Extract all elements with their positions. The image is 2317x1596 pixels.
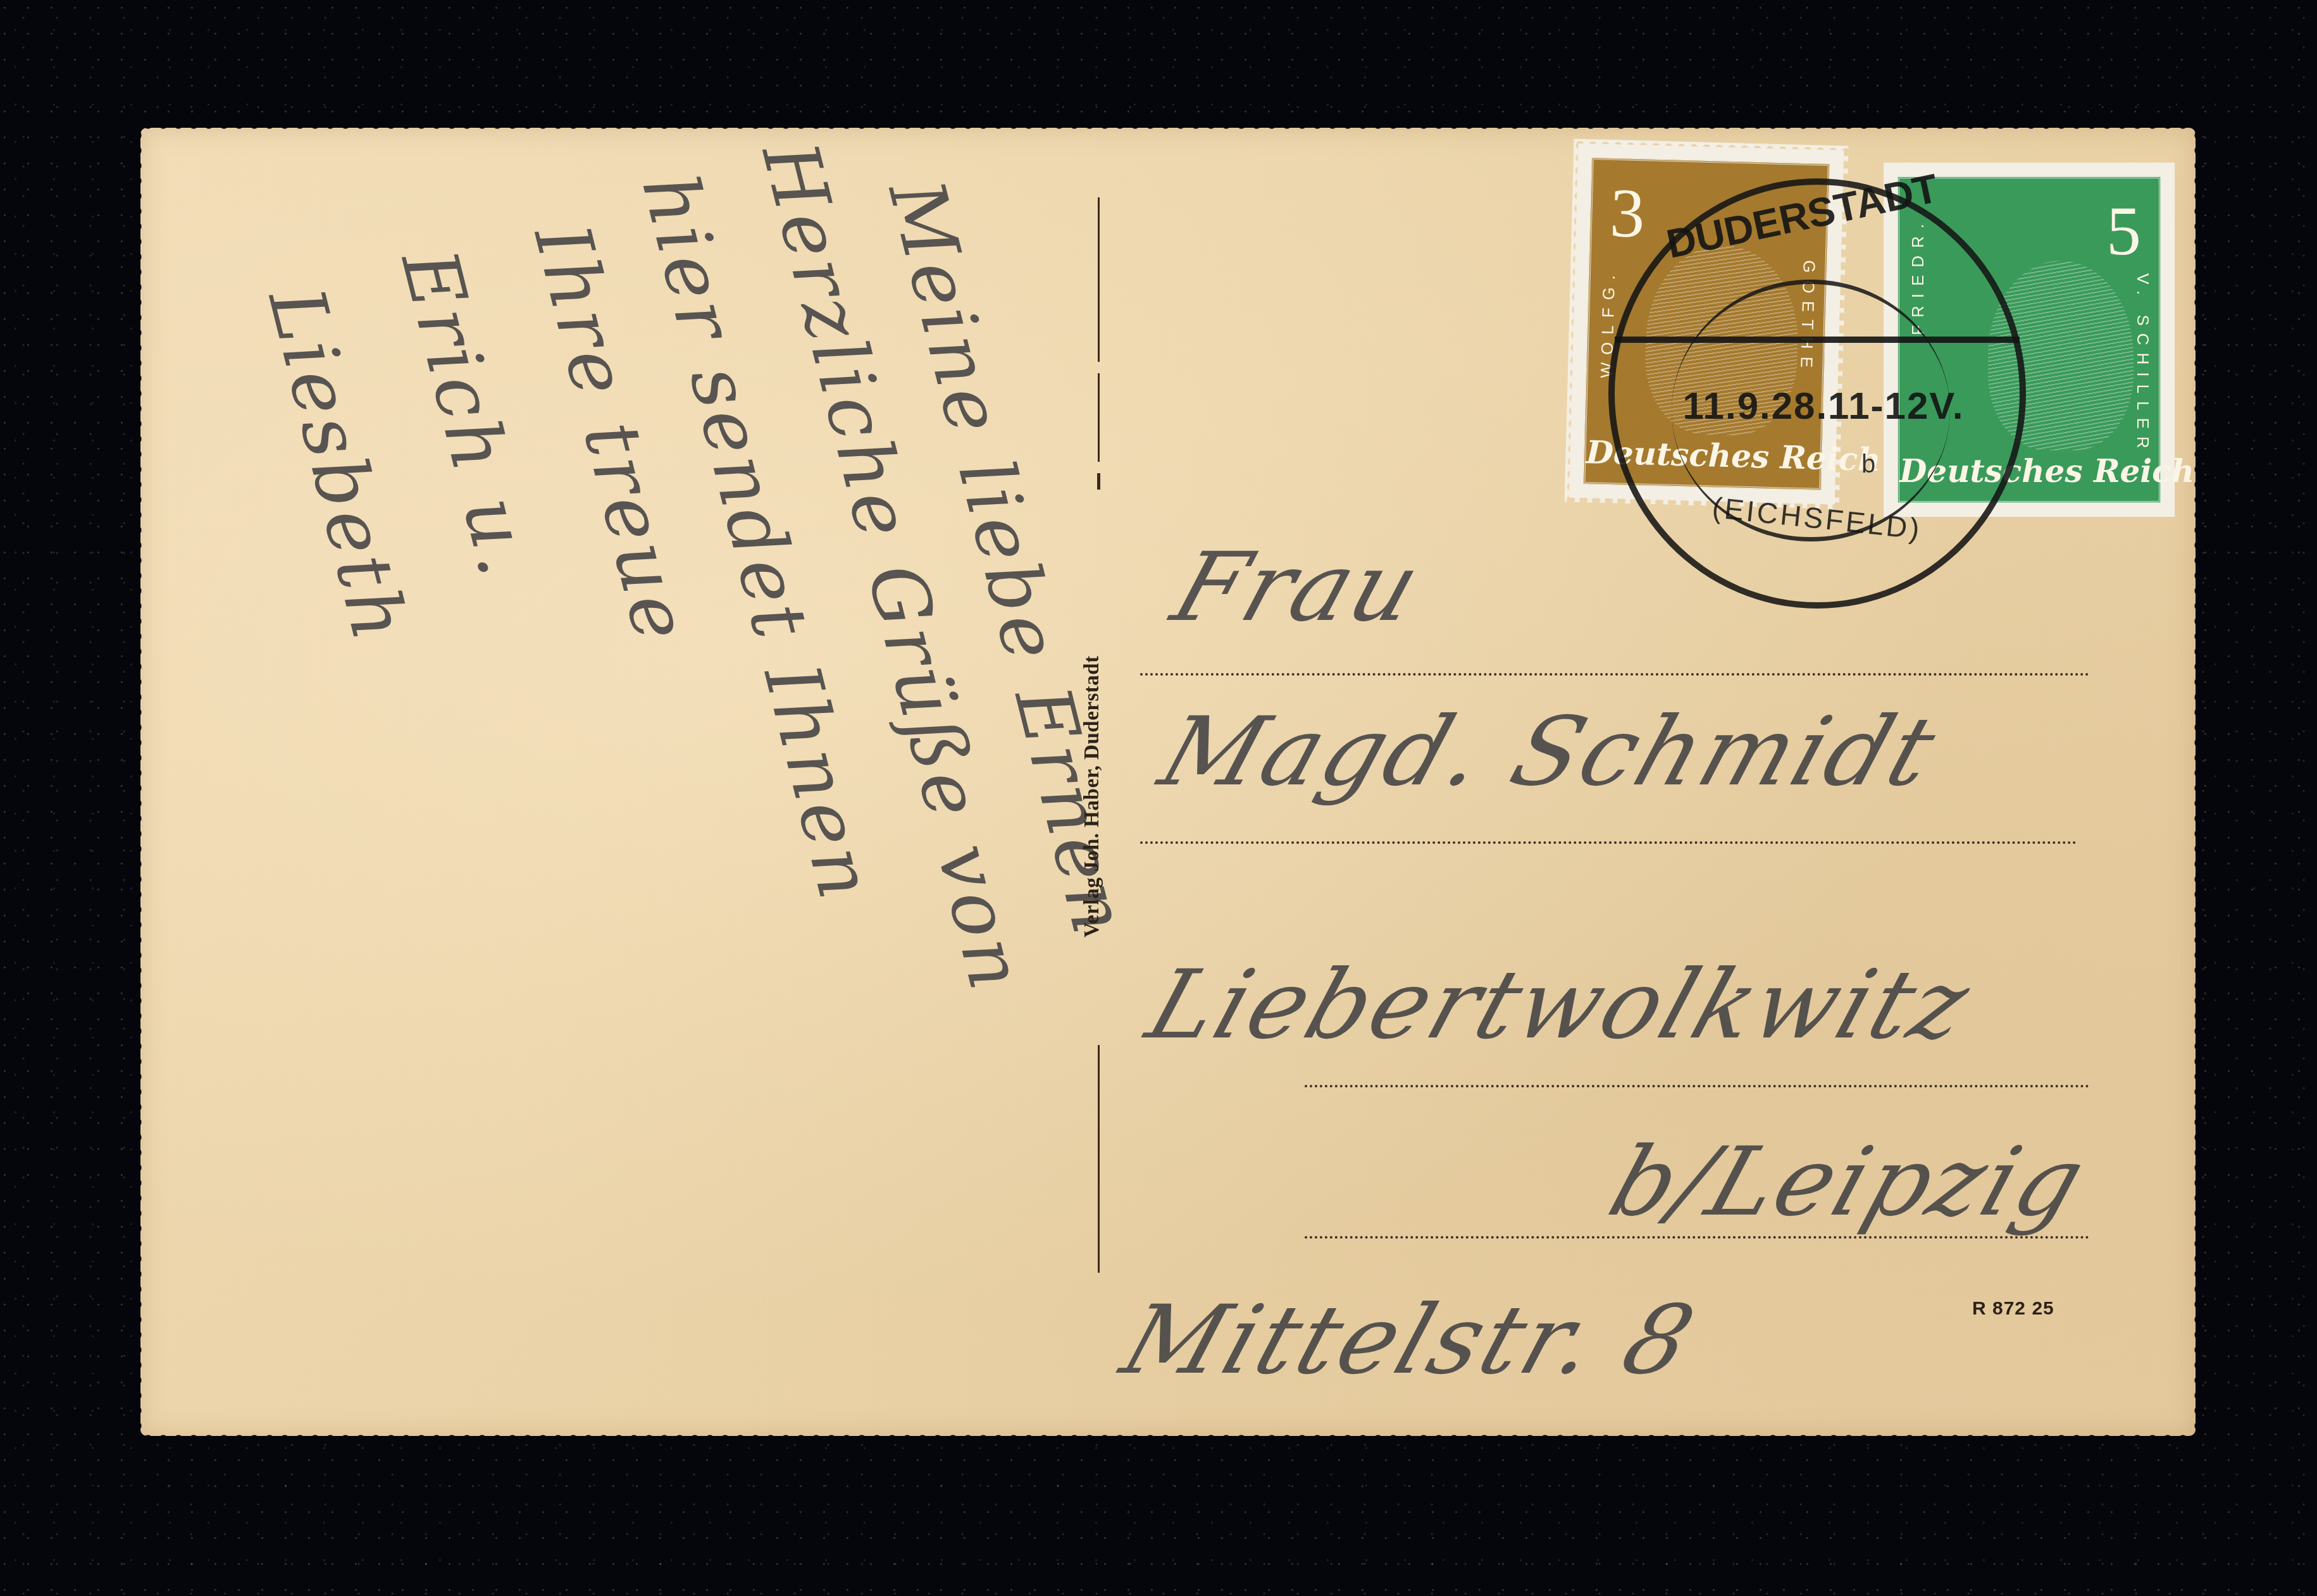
stamp-frame: 5 FRIEDR. V. SCHILLER Deutsches Reich xyxy=(1898,176,2161,503)
address-line xyxy=(1140,841,2077,844)
postcard: Meine liebe Ernen Herzliche Grüße von hi… xyxy=(140,128,2196,1436)
deckle-edge-top xyxy=(140,124,2196,133)
stamp-value: 5 xyxy=(2106,191,2141,271)
stamp-country: Deutsches Reich xyxy=(1899,452,2159,490)
address-line-text: b/Leipzig xyxy=(1597,1127,2099,1237)
stamp-value: 3 xyxy=(1609,173,1646,254)
deckle-edge-right xyxy=(2190,128,2199,1436)
address-line xyxy=(1140,673,2089,676)
stamp-frame: 3 WOLFG. GOETHE Deutsches Reich xyxy=(1583,158,1829,490)
address-line-text: Magd. Schmidt xyxy=(1148,697,1951,807)
deckle-edge-left xyxy=(137,128,146,1436)
address-line-text: Mittelstr. 8 xyxy=(1110,1285,1709,1395)
divider-line xyxy=(1098,197,1100,362)
divider-line xyxy=(1097,473,1100,490)
portrait-icon xyxy=(1988,261,2134,450)
message-line: Liesbeth xyxy=(251,280,424,652)
portrait-icon xyxy=(1643,244,1800,437)
address-line xyxy=(1305,1085,2089,1087)
stamp-side-text: GOETHE xyxy=(1796,260,1819,376)
stamp-side-text: V. SCHILLER xyxy=(2133,273,2152,456)
deckle-edge-bottom xyxy=(140,1431,2196,1440)
message-line: Erich u. xyxy=(384,242,550,588)
stamp-side-text: FRIEDR. xyxy=(1908,216,1928,335)
address-line-text: Frau xyxy=(1160,533,1435,643)
series-number: R 872 25 xyxy=(1972,1298,2054,1320)
divider-line xyxy=(1098,373,1100,462)
address-line-text: Liebertwolkwitz xyxy=(1135,950,1985,1060)
publisher-imprint: Verlag Joh. Haber, Duderstadt xyxy=(1081,655,1104,937)
stamp-schiller: 5 FRIEDR. V. SCHILLER Deutsches Reich xyxy=(1884,163,2175,517)
stamp-country: Deutsches Reich xyxy=(1586,433,1820,477)
stamp-goethe: 3 WOLFG. GOETHE Deutsches Reich xyxy=(1569,144,1844,505)
divider-line xyxy=(1098,1045,1100,1273)
stamp-side-text: WOLFG. xyxy=(1597,268,1620,378)
